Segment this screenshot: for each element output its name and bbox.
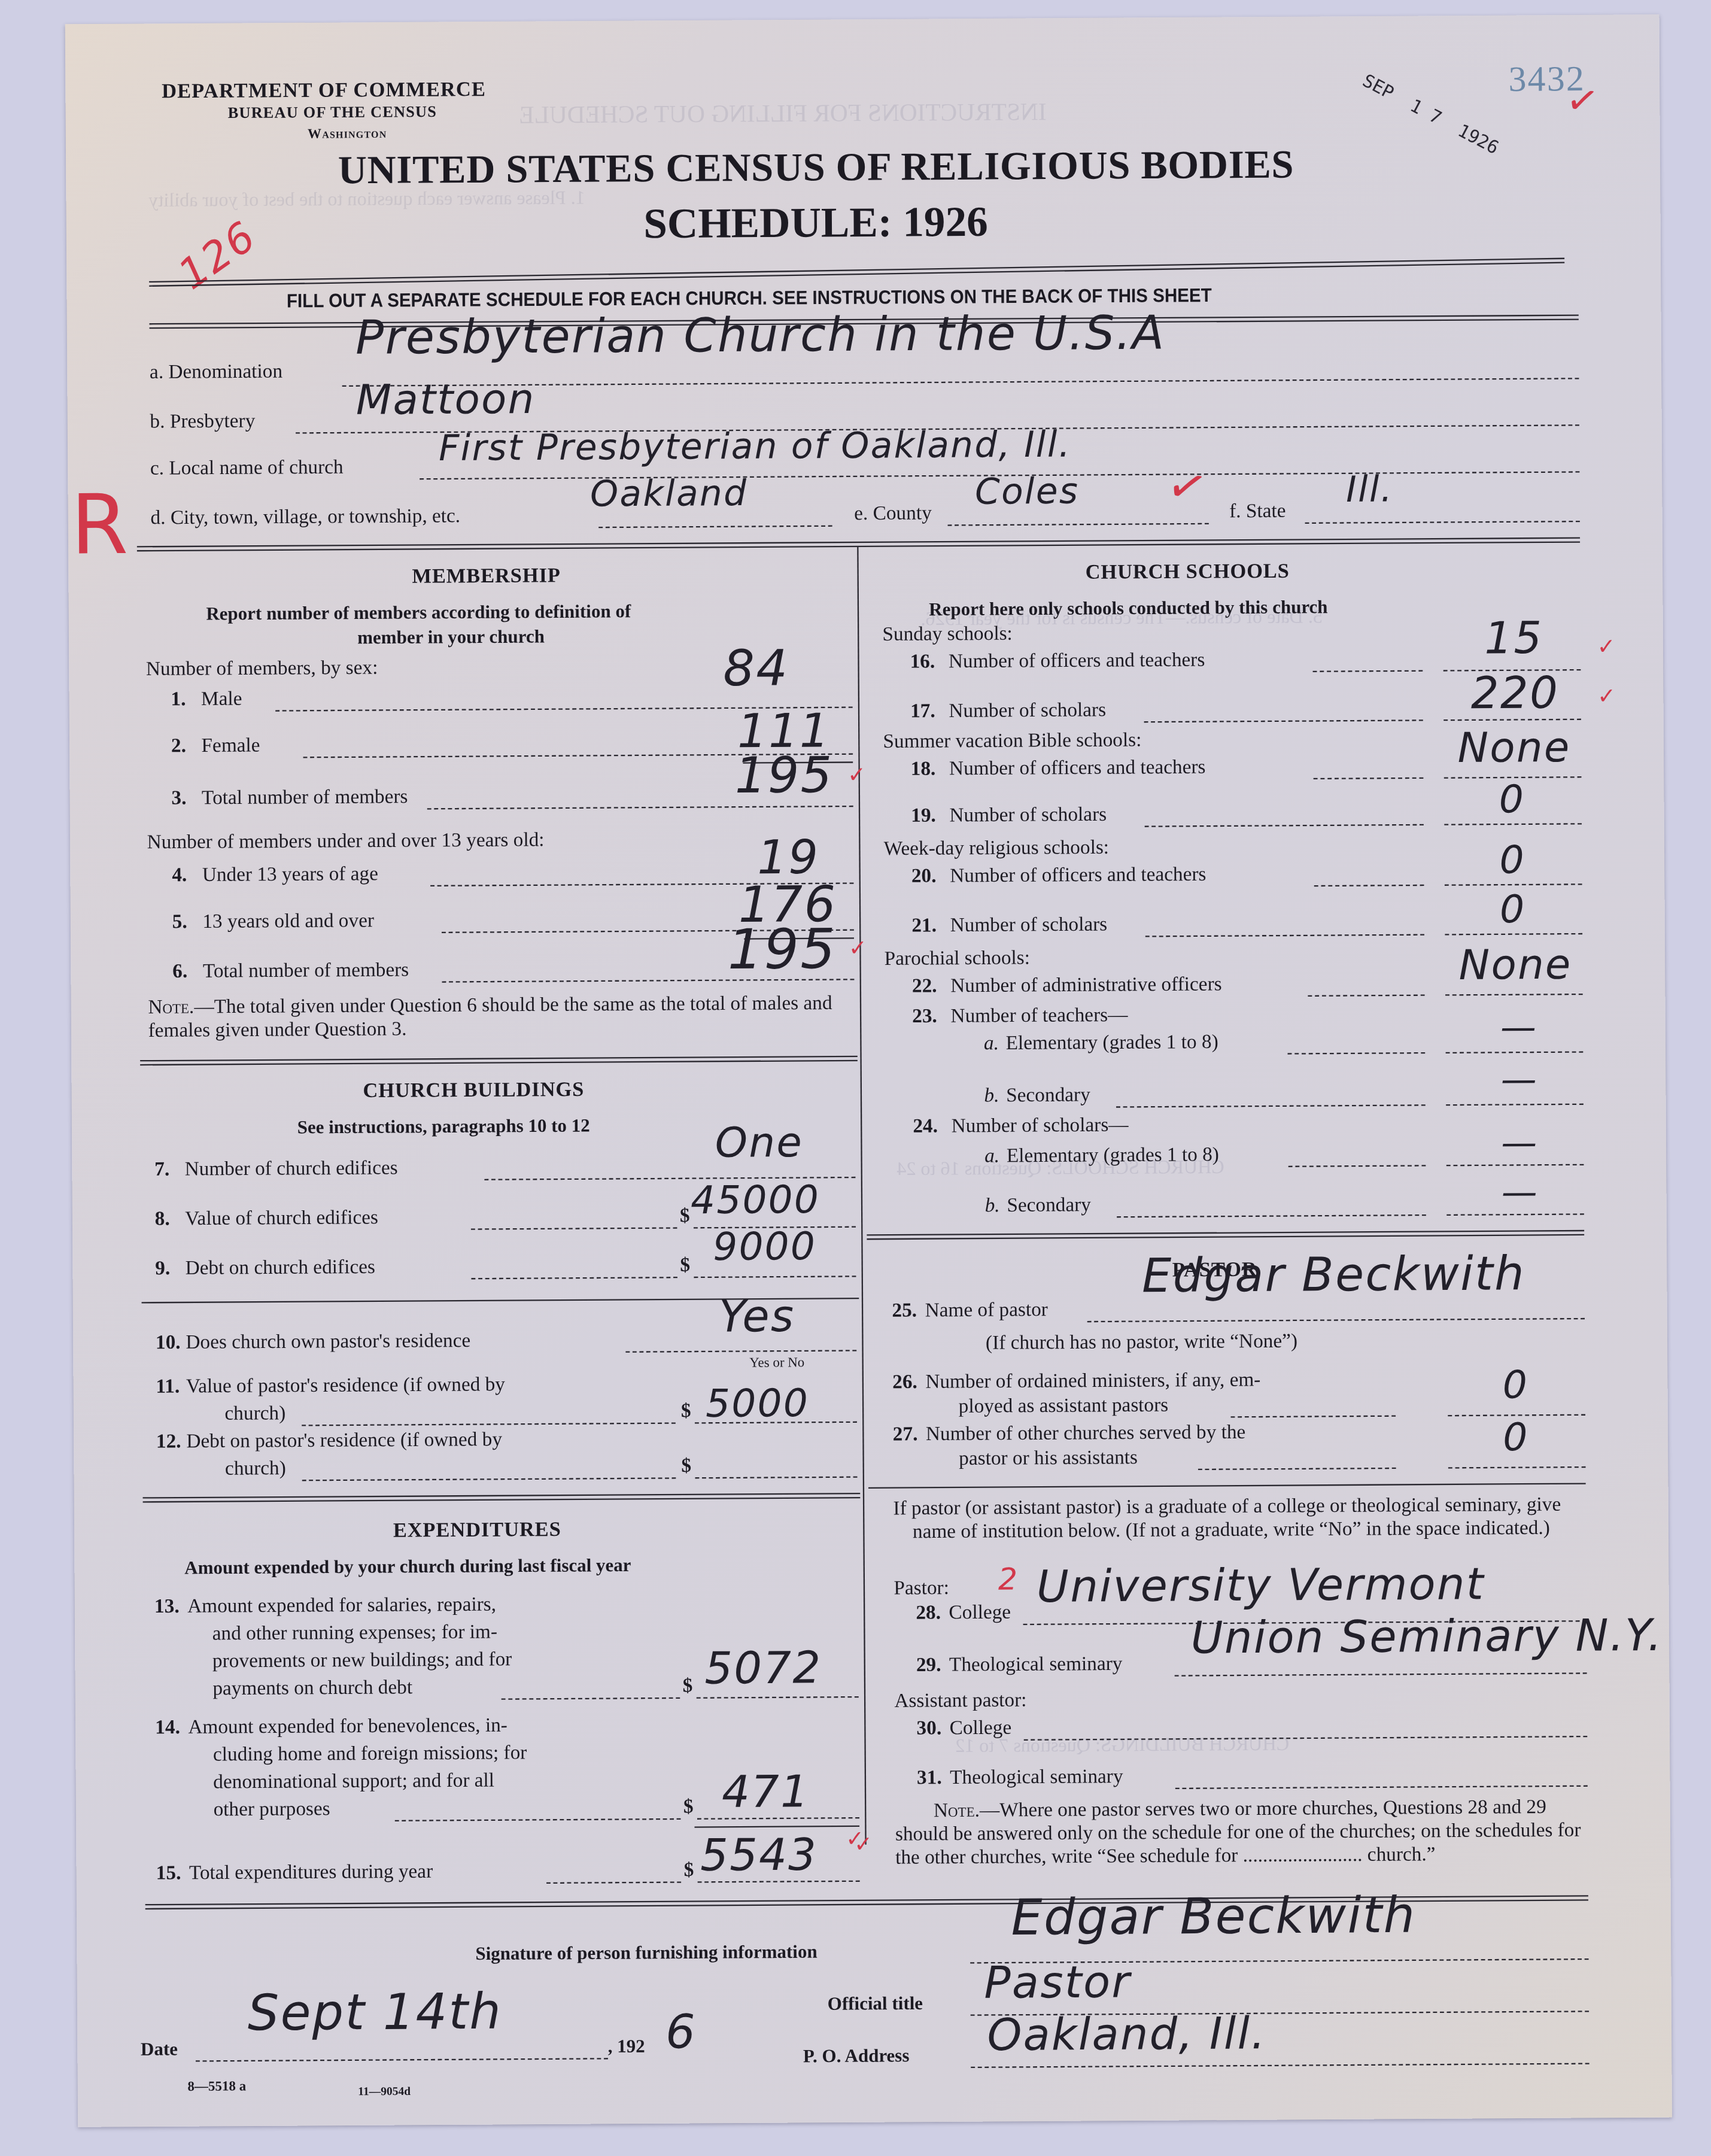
schools-row-21: 21. Number of scholars 0 [65, 14, 1660, 24]
expenditure-row-13: 13. Amount expended for salaries, repair… [65, 14, 1660, 24]
red-check-icon: ✓ [847, 761, 866, 788]
weekday-scholars-field[interactable]: 0 [1500, 886, 1526, 932]
membership-row-4: 4. Under 13 years of age 19 [65, 14, 1660, 24]
red-check-icon: ✓ [1563, 75, 1602, 126]
expenditures-heading: EXPENDITURES [393, 1519, 561, 1544]
total-members-field[interactable]: 195 [735, 748, 834, 805]
benevolences-field[interactable]: 471 [722, 1765, 810, 1818]
weekday-schools-label: Week-day religious schools: [884, 837, 1110, 861]
parochial-schools-label: Parochial schools: [885, 948, 1030, 972]
parochial-secondary-scholars-field[interactable]: — [1502, 1173, 1539, 1214]
pastor-college-field[interactable]: University Vermont [1037, 1557, 1485, 1613]
pastor-name-field[interactable]: Edgar Beckwith [1142, 1247, 1525, 1304]
schools-row-18: 18. Number of officers and teachers None [65, 14, 1660, 24]
schools-row-24: 24. Number of scholars— [65, 14, 1660, 24]
expenditure-row-14: 14. Amount expended for benevolences, in… [65, 14, 1660, 24]
buildings-row-12: 12. Debt on pastor's residence (if owned… [65, 14, 1660, 24]
signature-label: Signature of person furnishing informati… [475, 1941, 817, 1965]
state-field[interactable]: Ill. [1346, 470, 1393, 511]
buildings-row-11: 11. Value of pastor's residence (if owne… [65, 14, 1660, 24]
schools-row-19: 19. Number of scholars 0 [65, 14, 1660, 24]
pastor-name-hint: (If church has no pastor, write “None”) [986, 1331, 1297, 1356]
form-title: UNITED STATES CENSUS OF RELIGIOUS BODIES [338, 143, 1294, 195]
pastor-row-29: 29. Theological seminary Union Seminary … [65, 14, 1660, 24]
denomination-field[interactable]: Presbyterian Church in the U.S.A [355, 306, 1166, 366]
membership-row-5: 5. 13 years old and over 176 [65, 14, 1660, 24]
red-check-icon: ✓ [1161, 456, 1213, 519]
pastor-row-27: 27. Number of other churches served by t… [65, 14, 1660, 24]
summer-scholars-field[interactable]: 0 [1499, 777, 1525, 822]
pastor-seminary-field[interactable]: Union Seminary N.Y. [1191, 1609, 1663, 1664]
schedule-year: SCHEDULE: 1926 [643, 197, 988, 248]
form-number: 8—5518 a [187, 2079, 246, 2095]
buildings-row-7: 7. Number of church edifices One [65, 14, 1660, 24]
section-divider [140, 1056, 858, 1066]
county-label: e. County [854, 503, 932, 527]
schools-row-24a: a. Elementary (grades 1 to 8) — [65, 14, 1660, 24]
red-batch-number: 126 [170, 212, 265, 300]
assistant-ministers-field[interactable]: 0 [1503, 1362, 1529, 1408]
department-name: DEPARTMENT OF COMMERCE [162, 79, 486, 104]
sunday-scholars-field[interactable]: 220 [1471, 667, 1560, 719]
schools-row-23: 23. Number of teachers— [65, 14, 1660, 24]
church-buildings-subheading: See instructions, paragraphs 10 to 12 [297, 1115, 589, 1139]
year-digit-field[interactable]: 6 [665, 2005, 697, 2060]
presbytery-field[interactable]: Mattoon [356, 376, 536, 425]
membership-heading: MEMBERSHIP [412, 566, 561, 590]
summer-teachers-field[interactable]: None [1457, 724, 1570, 773]
pastor-row-30: 30. College [65, 14, 1660, 24]
red-check-icon: ✓ [846, 1826, 864, 1852]
expenditures-subheading: Amount expended by your church during la… [184, 1554, 631, 1579]
buildings-row-9: 9. Debt on church edifices $ 9000 [65, 14, 1660, 24]
bureau-city: Washington [308, 127, 387, 142]
received-date-stamp: SEP 1 7 1926 [1359, 71, 1502, 159]
weekday-teachers-field[interactable]: 0 [1499, 837, 1525, 883]
city-label: d. City, town, village, or township, etc… [150, 506, 460, 531]
by-age-label: Number of members under and over 13 year… [147, 830, 545, 855]
print-number: 11—9054d [358, 2084, 411, 2098]
parochial-elementary-teachers-field[interactable]: — [1500, 1007, 1537, 1049]
total-expenditures-field[interactable]: 5543 [700, 1829, 818, 1881]
county-field[interactable]: Coles [975, 472, 1080, 514]
schools-row-16: 16. Number of officers and teachers 15 ✓ [65, 14, 1660, 24]
presbytery-label: b. Presbytery [150, 411, 255, 435]
column-divider [857, 547, 867, 1845]
state-label: f. State [1229, 500, 1286, 524]
po-address-line [971, 2063, 1589, 2068]
sunday-teachers-field[interactable]: 15 [1484, 612, 1543, 664]
year-prefix: , 192 [608, 2036, 645, 2058]
red-pastor-mark: 2 [998, 1563, 1019, 1598]
city-field[interactable]: Oakland [590, 473, 748, 515]
date-label: Date [141, 2039, 178, 2061]
buildings-row-8: 8. Value of church edifices $ 45000 [65, 14, 1660, 24]
by-sex-label: Number of members, by sex: [146, 657, 378, 682]
membership-row-1: 1. Male 84 [65, 14, 1660, 24]
red-check-icon: ✓ [1597, 683, 1616, 709]
section-divider [867, 1230, 1584, 1240]
date-line [196, 2058, 608, 2062]
section-divider [143, 1493, 861, 1503]
membership-row-2: 2. Female 111 [65, 14, 1660, 24]
state-line [1305, 521, 1580, 524]
edifice-count-field[interactable]: One [715, 1119, 804, 1168]
pastor-note: Note.—Where one pastor serves two or mor… [895, 1796, 1591, 1870]
schools-row-23a: a. Elementary (grades 1 to 8) — [65, 14, 1660, 24]
schools-row-17: 17. Number of scholars 220 ✓ [65, 14, 1660, 24]
summer-schools-label: Summer vacation Bible schools: [883, 730, 1141, 755]
schools-row-23b: b. Secondary — [65, 14, 1660, 24]
total-members-by-age-field[interactable]: 195 [728, 918, 837, 982]
pastor-row-28: 28. College University Vermont [65, 14, 1660, 24]
membership-row-3: 3. Total number of members 195 ✓ [65, 14, 1660, 24]
local-name-label: c. Local name of church [150, 457, 344, 481]
schools-row-24b: b. Secondary — [65, 14, 1660, 24]
edifice-value-field[interactable]: 45000 [691, 1177, 820, 1223]
male-count-field[interactable]: 84 [723, 641, 789, 698]
operating-expenses-field[interactable]: 5072 [704, 1641, 822, 1694]
signature-field[interactable]: Edgar Beckwith [1011, 1888, 1416, 1947]
membership-subheading: Report number of members according to de… [206, 601, 631, 625]
parochial-elementary-scholars-field[interactable]: — [1501, 1123, 1538, 1164]
date-field[interactable]: Sept 14th [247, 1984, 502, 2042]
red-check-icon: ✓ [849, 935, 867, 961]
sunday-schools-label: Sunday schools: [882, 623, 1013, 647]
official-title-label: Official title [828, 1993, 923, 2015]
pastor-education-label: Pastor: [894, 1577, 949, 1601]
parochial-officers-field[interactable]: None [1458, 942, 1572, 991]
red-check-icon: ✓ [1597, 633, 1616, 660]
membership-subheading: member in your church [357, 626, 545, 649]
row-divider [868, 1483, 1586, 1489]
assistant-pastor-label: Assistant pastor: [894, 1690, 1026, 1714]
bleed-through-text: INSTRUCTIONS FOR FILLING OUT SCHEDULE [519, 98, 1046, 130]
pastor-row-25: 25. Name of pastor Edgar Beckwith (If ch… [65, 14, 1660, 24]
owns-residence-field[interactable]: Yes [719, 1290, 795, 1343]
schools-row-20: 20. Number of officers and teachers 0 [65, 14, 1660, 24]
pastor-row-26: 26. Number of ordained ministers, if any… [65, 14, 1660, 24]
education-instructions: If pastor (or assistant pastor) is a gra… [893, 1494, 1608, 1545]
po-address-field[interactable]: Oakland, Ill. [987, 2007, 1266, 2061]
schools-row-22: 22. Number of administrative officers No… [65, 14, 1660, 24]
church-buildings-heading: CHURCH BUILDINGS [363, 1079, 584, 1104]
residence-value-field[interactable]: 5000 [706, 1380, 809, 1426]
membership-row-6: 6. Total number of members 195 ✓ [65, 14, 1660, 24]
pastor-row-31: 31. Theological seminary [65, 14, 1660, 24]
red-review-mark: R [71, 477, 130, 573]
county-line [948, 523, 1209, 526]
other-churches-field[interactable]: 0 [1503, 1414, 1529, 1460]
buildings-row-10: 10. Does church own pastor's residence Y… [65, 14, 1660, 24]
city-line [598, 526, 832, 529]
local-name-field[interactable]: First Presbyterian of Oakland, Ill. [439, 425, 1071, 470]
church-schools-subheading: Report here only schools conducted by th… [929, 597, 1328, 621]
header-divider [149, 258, 1564, 287]
bureau-name: BUREAU OF THE CENSUS [228, 104, 437, 122]
denomination-label: a. Denomination [150, 361, 282, 385]
assistant-seminary-field[interactable] [1175, 1785, 1588, 1790]
residence-debt-field[interactable] [695, 1476, 858, 1478]
po-address-label: P. O. Address [803, 2045, 910, 2068]
parochial-secondary-teachers-field[interactable]: — [1501, 1060, 1538, 1101]
church-schools-heading: CHURCH SCHOOLS [1086, 561, 1290, 585]
expenditure-row-15: 15. Total expenditures during year $ 554… [65, 14, 1660, 24]
official-title-field[interactable]: Pastor [984, 1955, 1131, 2009]
edifice-debt-field[interactable]: 9000 [713, 1223, 816, 1270]
membership-note: Note.—The total given under Question 6 s… [148, 992, 852, 1043]
census-schedule-sheet: INSTRUCTIONS FOR FILLING OUT SCHEDULE 1.… [65, 14, 1672, 2127]
yes-or-no-hint: Yes or No [749, 1356, 804, 1371]
